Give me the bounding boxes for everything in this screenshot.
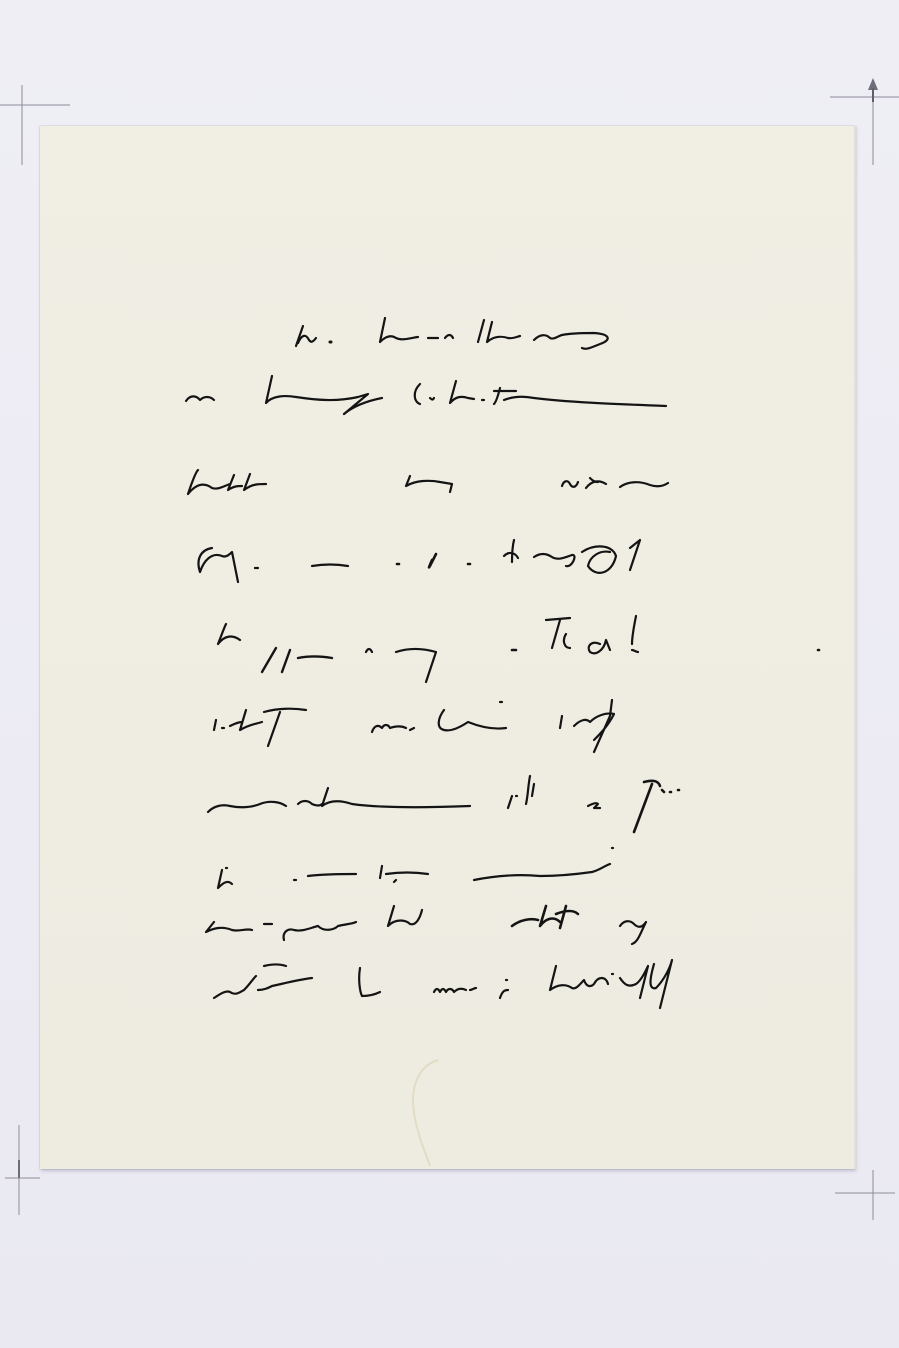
handwriting-line-3 <box>188 470 668 494</box>
handwriting-line-5 <box>218 616 819 682</box>
handwriting-line-10 <box>214 960 672 1008</box>
handwriting-line-9 <box>206 906 646 944</box>
handwriting-line-7 <box>208 776 679 832</box>
handwriting-line-6 <box>214 700 614 752</box>
handwriting-line-2 <box>186 376 666 414</box>
handwriting-line-1 <box>296 318 608 349</box>
handwriting-line-8 <box>218 848 613 888</box>
handwriting-line-4 <box>199 540 641 582</box>
handwriting <box>0 0 899 1348</box>
